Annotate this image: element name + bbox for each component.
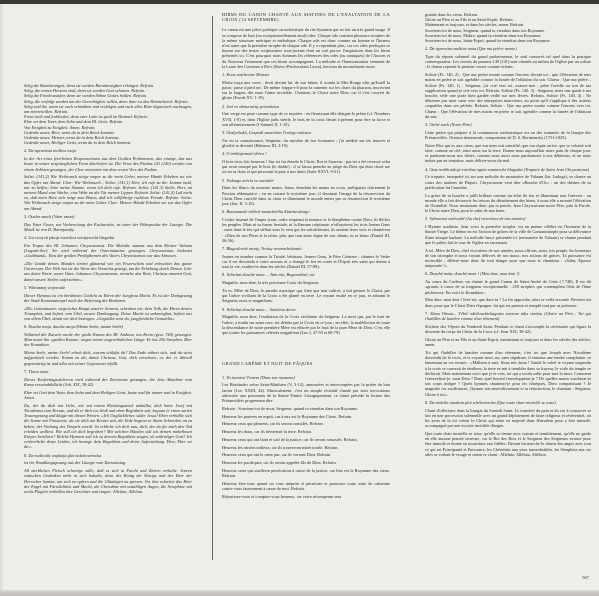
verse-line: Souviens-toi de nous, Saint-Esprit, quan… [425, 38, 591, 43]
section-title: 2. Da ispravitsa molitva moia (Que ma pr… [425, 46, 591, 51]
section-title: 7. Slava Ottsou... Tébié odiéïouchtchago… [425, 311, 591, 321]
section-heading-exaltation: Hirmi du canon chanté aux matines de l'E… [222, 12, 390, 22]
section-paragraph: Moïse traça une croix : droit devant lui… [222, 80, 390, 101]
section-title-text: Vodnago zvéria vo outrobié [226, 178, 273, 183]
section-paragraph: Solist: (141,2) Wie Weihrauch steige emp… [24, 174, 192, 210]
section-paragraph: Heureux les miséricordieux, car ils trou… [222, 445, 390, 450]
section-number: 5. [222, 178, 225, 183]
section-paragraph: Heureux les pauvres en esprit, car à eux… [222, 414, 390, 419]
section-number: 4. [425, 167, 428, 172]
section-title: 2. Jezl vo obraz taïny priemlietsa [222, 104, 390, 109]
section-paragraph: Heureux ceux qui pleurent, car ils seron… [222, 421, 390, 426]
section-paragraph: Heureux ceux qui souffrent persécution à… [222, 468, 390, 478]
section-paragraph: Que toute chair mortelle se taise, qu'el… [425, 431, 591, 457]
verse-line: Selig seid ihr, wenn sie euch schmähen u… [24, 104, 192, 114]
booklet-page: Selig die Barmherzigen, denn sie werden … [0, 4, 599, 590]
section-paragraph: Une verge est prise comme type de ce mys… [222, 111, 390, 127]
column-divider [212, 16, 213, 560]
section-number: 3. [24, 214, 27, 219]
section-title-text: Velitchai douché moia ... Smiétiou drevo [226, 307, 295, 312]
section-paragraph: Dieser Hymnus ist ein berühmtes Gedicht … [24, 293, 192, 303]
section-title-text: Vo tsarstvii Tvoiem (Dans ton royaume) [226, 375, 294, 380]
intro-verses: Selig die Barmherzigen, denn sie werden … [24, 83, 192, 145]
section-number: 9. [222, 307, 225, 312]
section-title-text: Ust twoych jakoje swetilost wosijawschi … [28, 235, 114, 240]
section-title-text: Otché nach (Notre Père) [429, 122, 471, 127]
section-title-text: Ouslychakh, Gospodi smotrénia Tvoïégo ta… [226, 130, 311, 135]
section-number: 1. [222, 72, 225, 77]
section-paragraph: Cette prière qui prépare à la communion … [425, 130, 591, 140]
intro-verses: grande dans les cieux. Refrain.Gloire au… [425, 12, 591, 43]
section-title-text: Blagoslovité otroty, Troitsy ravnotchisl… [226, 246, 301, 251]
section-title: 3. Otsche nasch (Vater unser) [24, 214, 192, 219]
section-paragraph: Soliste (Ps. 140, 2) : Que ma prière mon… [425, 72, 591, 119]
section-title-text: Wibrannoj wojewode [28, 285, 65, 290]
section-title: 4. O treblajennoié drévo ! [222, 151, 390, 156]
section-paragraph: «Die Gnade deines Mundes strömt glänzend… [24, 261, 192, 282]
section-paragraph: Heureux ceux qui ont le cœur pur, car il… [222, 452, 390, 457]
section-number: 3. [222, 130, 225, 135]
section-title-text: Da ispravitsia molitva moja [28, 148, 76, 153]
section-paragraph: Les Béatitudes selon Saint-Matthieu (V, … [222, 382, 390, 403]
section-paragraph: Dans les flancs du monstre marin, Jonas,… [222, 185, 390, 206]
section-title: 3. Otché nach (Notre Père) [425, 122, 591, 127]
section-paragraph: Gloire au Père et au Fils et au Saint-Es… [425, 337, 591, 347]
section-number: 3. [425, 122, 428, 127]
section-title: 9. Velitchai douché moia ... Smiétiou dr… [222, 307, 390, 312]
section-title: 4. Oust tvoikh iakojé svietlost ognia vo… [425, 167, 591, 172]
section-title: 1. Vo tsarstvii Tvoiem (Dans ton royaume… [222, 375, 390, 380]
section-number: 2. [222, 104, 225, 109]
section-paragraph: Toi qui t'habilles de lumière comme d'un… [425, 350, 591, 397]
section-title: 6. Dusche moja, dusche moja (Meine Seele… [24, 324, 192, 329]
section-paragraph: In der Art eines feierlichen Responsoriu… [24, 156, 192, 172]
section-paragraph: «Dir, Gottesmutter, siegreiches Haupt un… [24, 306, 192, 322]
section-paragraph: Heureux ceux qui ont faim et soif de la … [222, 437, 390, 442]
section-paragraph: Tu es, Mère de Dieu, le paradis mystique… [222, 288, 390, 304]
section-title-text: Krest natchertav Moissei [226, 72, 269, 77]
section-paragraph: L'ordre insensé de l'impie tyran, ordre … [222, 217, 390, 243]
section-title: 5. Wibrannoj wojewode [24, 285, 192, 290]
page-bottom-edge [0, 590, 599, 596]
section-title-text: O treblajennoié drévo ! [226, 151, 266, 156]
section-paragraph: A toi, Mère de Dieu, chef victorieux de … [425, 248, 591, 269]
section-title-text: Jezl vo obraz taïny priemlietsa [226, 104, 279, 109]
section-title-text: Tlawa ottsu [28, 369, 48, 374]
section-paragraph: La grâce de ta bouche a jailli brillant … [425, 193, 591, 214]
section-title-text: Velitchai douché moia ... Taïn iési, Bog… [226, 272, 314, 277]
section-title-text: Vybrannoï voïévodié (Au chef victorieux … [429, 216, 525, 221]
section-paragraph: Notre Père qui es aux cieux, que ton nom… [425, 143, 591, 164]
section-paragraph: Type du répons solennel du grand prokeim… [425, 54, 591, 70]
section-number: 7. [222, 246, 225, 251]
section-title-text: Da molchit vsiakaia plot tchélovietcha (… [429, 400, 556, 405]
section-number: 8. [24, 453, 27, 458]
section-number: 7. [24, 369, 27, 374]
section-number: 5. [24, 285, 27, 290]
section-paragraph: Ein Tropus des Hl. Johannes Chrysostomus… [24, 243, 192, 259]
intro-paragraph: Le canon est une pièce poétique caractér… [222, 27, 390, 69]
section-title: 1. Krest natchertav Moissei [222, 72, 390, 77]
section-paragraph: Jeunes en nombre comme la Trinité, bénis… [222, 254, 390, 270]
section-title-text: Otsche nasch (Vater unser) [28, 214, 74, 219]
section-title: 5. Vodnago zvéria vo outrobié [222, 178, 390, 183]
section-paragraph: Réjouissez-vous et comptez-vous heureux,… [222, 494, 390, 499]
section-title: 8. Velitchai douché moia ... Taïn iési, … [222, 272, 390, 277]
section-paragraph: Refrain : Souviens-toi de nous, Seigneur… [222, 406, 390, 411]
verse-line: Gedenke unser, Heiliger Geist, wenn du i… [24, 140, 192, 145]
section-title: 7. Blagoslovité otroty, Troitsy ravnotch… [222, 246, 390, 251]
section-title: 7. Tlawa ottsu [24, 369, 192, 374]
section-paragraph: L'Hymne acathiste, dont voici la premièr… [425, 224, 591, 245]
section-paragraph: All sterbliches Fleisch schweige stille;… [24, 468, 192, 494]
section-paragraph: Mon âme, mon âme ! lève-toi, que dors-tu… [425, 297, 591, 307]
section-title: 6. Douché moia, douché moia ! (Mon âme, … [425, 271, 591, 276]
german-text-column: Selig die Barmherzigen, denn sie werden … [24, 83, 192, 497]
section-number: 4. [24, 235, 27, 240]
section-title: 5. Vybrannoï voïévodié (Au chef victorie… [425, 216, 591, 221]
section-paragraph: J'ai vu ta connaissance, Seigneur, du my… [222, 138, 390, 148]
section-number: 8. [425, 400, 428, 405]
section-paragraph: Dieses Karfreitagssticheron wird während… [24, 377, 192, 387]
section-number: 4. [222, 151, 225, 156]
section-paragraph: Au cours du Carême, on chante le grand C… [425, 279, 591, 295]
section-title: 8. Da moltschit wsjakaja plot tschelowet… [24, 453, 192, 458]
french-text-column-1: Hirmi du canon chanté aux matines de l'E… [222, 12, 390, 502]
section-title: 3. Ouslychakh, Gospodi smotrénia Tvoïégo… [222, 130, 390, 135]
section-number: 6. [425, 271, 428, 276]
section-title-text: Slava Ottsou... Tébié odiéïouchtchagosia… [425, 311, 591, 321]
section-number: 8. [222, 272, 225, 277]
section-title-text: Dusche moja, dusche moja (Meine Seele, m… [28, 324, 123, 329]
section-title: 8. Da molchit vsiakaia plot tchélovietch… [425, 400, 591, 405]
section-subtitle: ist ein Wandlungsgesang aus der Liturgie… [24, 460, 192, 465]
section-number: 6. [24, 324, 27, 329]
french-text-column-2: grande dans les cieux. Refrain.Gloire au… [425, 12, 591, 460]
section-paragraph: Magnifie, mon âme, la très précieuse Cro… [222, 280, 390, 285]
section-paragraph: Heureux les doux, car ils hériteront la … [222, 429, 390, 434]
section-paragraph: Ehre sei Gott dem Vater, dem Sohn und de… [24, 390, 192, 400]
section-title-text: Da ispravitsa molitva moia (Que ma prièr… [429, 46, 516, 51]
section-number: 1. [222, 375, 225, 380]
section-paragraph: Chant d'offertoire dans la liturgie du S… [425, 408, 591, 429]
section-number: 6. [222, 209, 225, 214]
section-paragraph: Während der Karzeit wurde der große Kano… [24, 332, 192, 348]
section-paragraph: Stichère des Vêpres du Vendredi Saint. P… [425, 324, 591, 334]
section-title-text: Da moltschit wsjakaja plot tschelowetsch… [28, 453, 101, 458]
section-paragraph: Das Vater Unser, zur Vorbereitung der Eu… [24, 222, 192, 232]
page-number: 567 [582, 575, 589, 580]
section-title-text: Douché moia, douché moia ! (Mon âme, mon… [429, 271, 519, 276]
section-paragraph: Ce tropaire, interprété ici sur une mélo… [425, 174, 591, 190]
section-paragraph: O bois trois fois heureux ! Sur toi fut … [222, 159, 390, 175]
section-paragraph: Meine Seele, meine Seele! erhob dich, wa… [24, 350, 192, 366]
section-title: 6. Bezoumnoïé vélénié moutchitélia Ziatc… [222, 209, 390, 214]
section-paragraph: Heureux êtes-vous quand on vous méprise … [222, 481, 390, 491]
section-paragraph: Du, der du dich mit Licht, wie mit einem… [24, 403, 192, 450]
section-number: 2. [425, 46, 428, 51]
section-title: 4. Ust twoych jakoje swetilost wosijawsc… [24, 235, 192, 240]
section-title-text: Bezoumnoïé vélénié moutchitélia Ziatches… [226, 209, 309, 214]
section-heading-careme: Grand Carême et nuit de Pâques [222, 361, 390, 366]
section-paragraph: Magnifie, mon âme, l'exaltation de la Cr… [222, 314, 390, 335]
section-paragraph: Heureux les pacifiques, car ils seront a… [222, 460, 390, 465]
section-title-text: Oust tvoikh iakojé svietlost ognia vozsi… [429, 167, 589, 172]
section-number: 2. [24, 148, 27, 153]
section-number: 5. [425, 216, 428, 221]
section-title: 2. Da ispravitsia molitva moja [24, 148, 192, 153]
